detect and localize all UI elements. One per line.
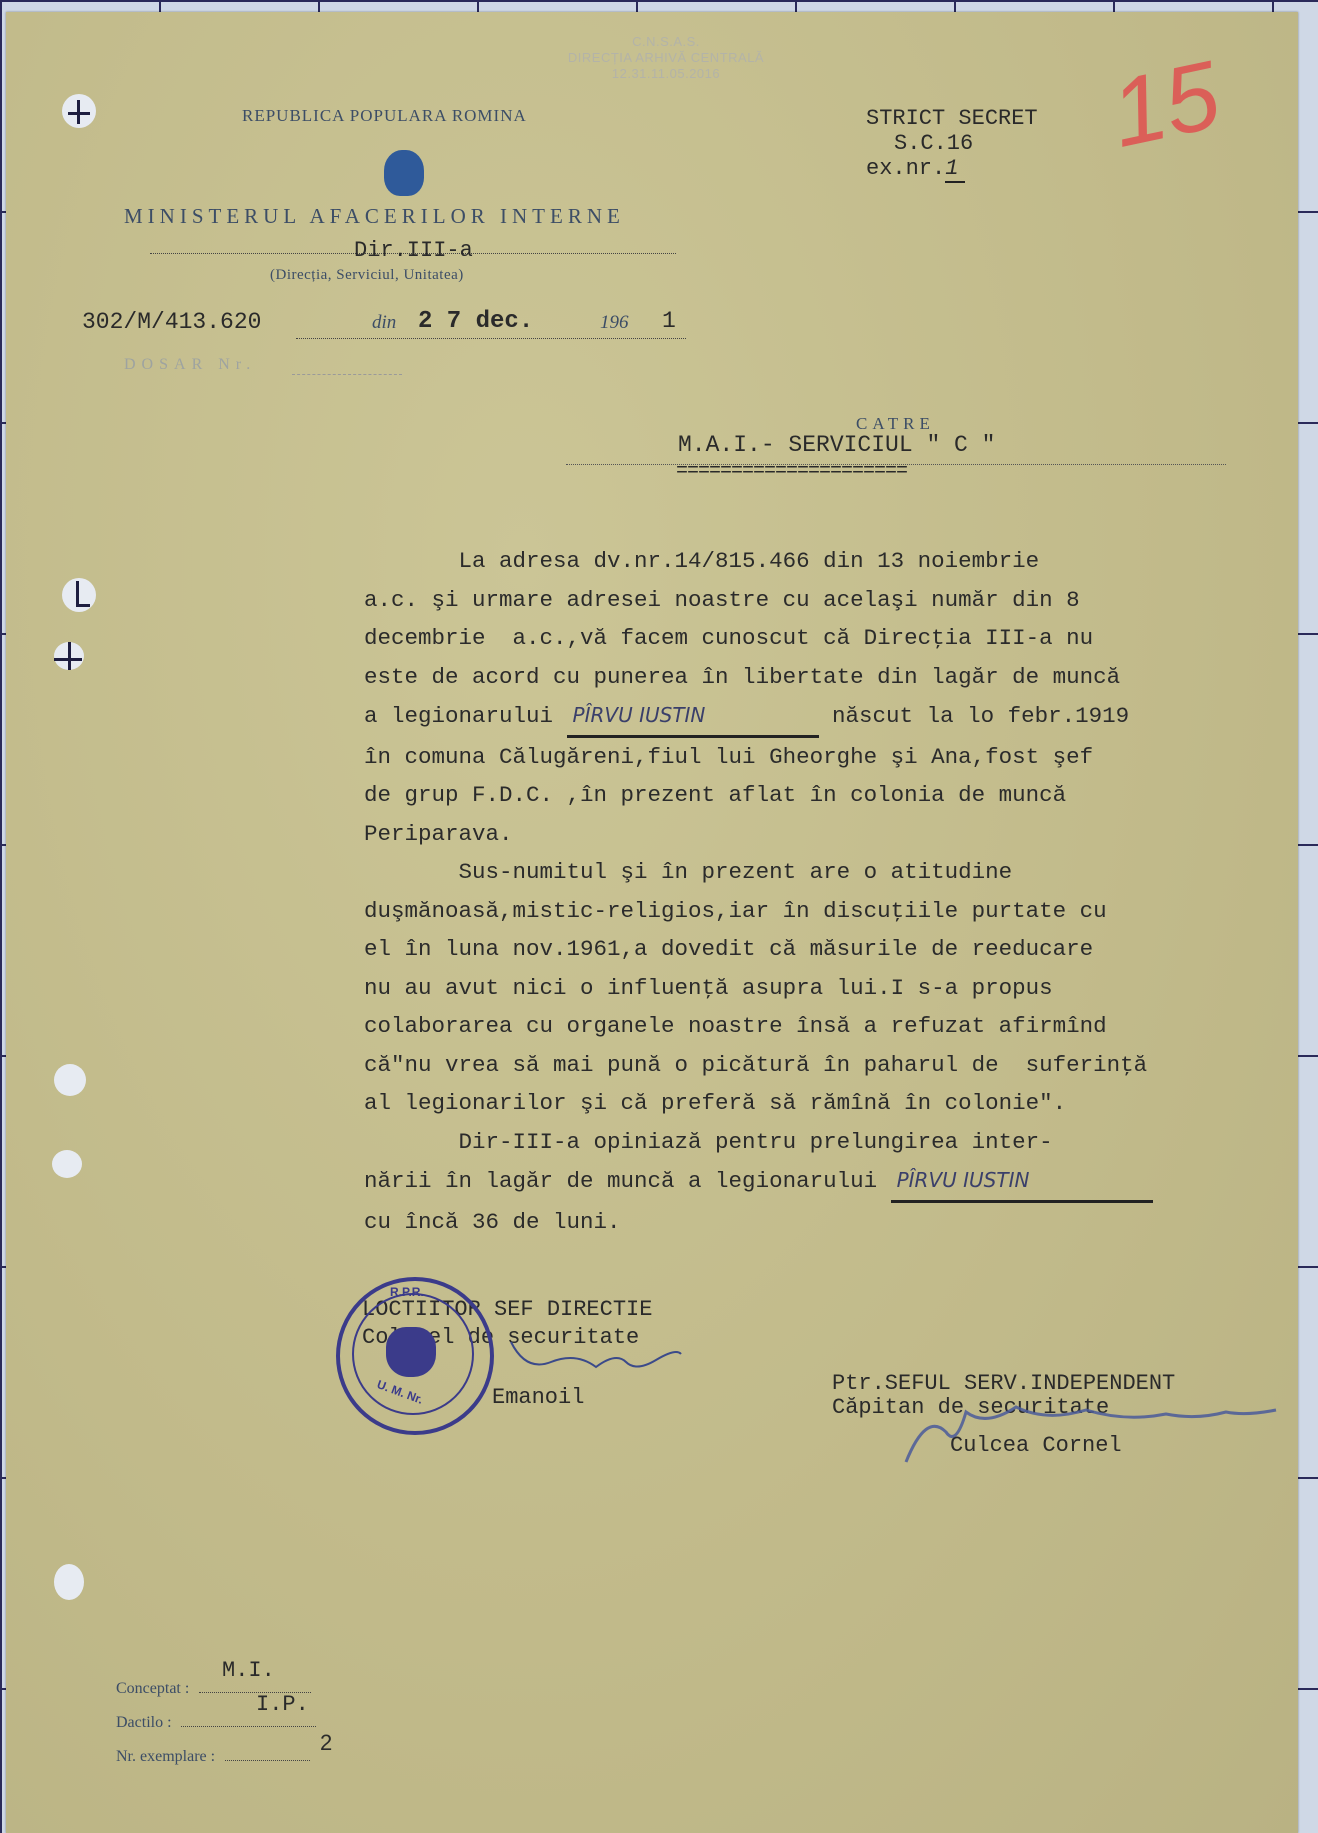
conceptat-value: M.I. xyxy=(222,1654,275,1688)
body-line: în comuna Călugăreni,fiul lui Gheorghe ş… xyxy=(364,738,1314,777)
body-line: Dir-III-a opiniază pentru prelungirea in… xyxy=(364,1123,1314,1162)
dactilo-label: Dactilo : xyxy=(116,1714,172,1731)
dosar-label: DOSAR Nr. xyxy=(124,356,256,374)
exemplare-label: Nr. exemplare : xyxy=(116,1748,215,1765)
punch-hole-cross-icon xyxy=(62,94,96,128)
signature-scribble-right xyxy=(886,1392,1286,1472)
copy-number: 1 xyxy=(945,156,965,183)
handwritten-name: PÎRVU IUSTIN xyxy=(891,1161,1153,1203)
body-line: este de acord cu punerea în libertate di… xyxy=(364,658,1314,697)
body-line: colaborarea cu organele noastre însă a r… xyxy=(364,1007,1314,1046)
body-line: al legionarilor şi că preferă să rămînă … xyxy=(364,1084,1314,1123)
date-day-month: 2 7 dec. xyxy=(418,308,533,335)
body-line: de grup F.D.C. ,în prezent aflat în colo… xyxy=(364,776,1314,815)
body-line: a.c. şi urmare adresei noastre cu acelaş… xyxy=(364,581,1314,620)
body-line: că"nu vrea să mai pună o picătură în pah… xyxy=(364,1046,1314,1085)
watermark-line-2: DIRECȚIA ARHIVĂ CENTRALĂ xyxy=(526,50,806,66)
body-line: La adresa dv.nr.14/815.466 din 13 noiemb… xyxy=(364,542,1314,581)
recipient-name: M.A.I.- SERVICIUL " C " xyxy=(678,432,995,458)
classification-code: S.C.16 xyxy=(866,131,1038,156)
punch-hole xyxy=(54,1564,84,1600)
handwritten-name: PÎRVU IUSTIN xyxy=(567,696,819,738)
footer-dactilo: Dactilo : I.P. xyxy=(116,1706,316,1740)
body-line-with-name: a legionarului PÎRVU IUSTIN născut la lo… xyxy=(364,696,1314,738)
date-year-prefix: 196 xyxy=(600,312,629,334)
recipient-underline: ===================== xyxy=(676,460,907,483)
body-line: Sus-numitul şi în prezent are o atitudin… xyxy=(364,853,1314,892)
dactilo-value: I.P. xyxy=(256,1688,309,1722)
registration-number: 302/M/413.620 xyxy=(82,309,261,335)
stamp-emblem-icon xyxy=(386,1327,436,1377)
footer-exemplare: Nr. exemplare : 2 xyxy=(116,1740,316,1774)
directorate-caption: (Direcția, Serviciul, Unitatea) xyxy=(270,267,464,284)
body-line: nu au avut nici o influenţă asupra lui.I… xyxy=(364,969,1314,1008)
signature-scribble-left xyxy=(506,1332,686,1382)
watermark-line-1: C.N.S.A.S. xyxy=(526,34,806,50)
body-line: decembrie a.c.,vă facem cunoscut că Dire… xyxy=(364,619,1314,658)
body-line-with-name: nării în lagăr de muncă a legionarului P… xyxy=(364,1161,1314,1203)
stamp-top-text: R.P.R. xyxy=(390,1285,424,1299)
conceptat-label: Conceptat : xyxy=(116,1680,189,1697)
body-line: duşmănoasă,mistic-religios,iar în discuţ… xyxy=(364,892,1314,931)
punch-hole-corner-icon xyxy=(62,578,96,612)
classification-level: STRICT SECRET xyxy=(866,106,1038,131)
copy-number-row: ex.nr.1 xyxy=(866,156,1038,183)
ministry-heading: MINISTERUL AFACERILOR INTERNE xyxy=(124,204,625,229)
body-line: Periparava. xyxy=(364,815,1314,854)
folio-number-handwritten: 15 xyxy=(1102,40,1229,170)
date-line xyxy=(296,338,686,339)
date-year-suffix: 1 xyxy=(662,308,676,334)
document-page: C.N.S.A.S. DIRECȚIA ARHIVĂ CENTRALĂ 12.3… xyxy=(6,12,1298,1833)
body-line: el în luna nov.1961,a dovedit că măsuril… xyxy=(364,930,1314,969)
classification-block: STRICT SECRET S.C.16 ex.nr.1 xyxy=(866,106,1038,183)
copy-label: ex.nr. xyxy=(866,156,945,181)
exemplare-value: 2 xyxy=(320,1726,332,1760)
recipient-label: CATRE xyxy=(856,414,935,434)
directorate-value: Dir.III-a xyxy=(354,238,473,263)
watermark-line-3: 12.31.11.05.2016 xyxy=(526,66,806,82)
archive-watermark: C.N.S.A.S. DIRECȚIA ARHIVĂ CENTRALĂ 12.3… xyxy=(526,34,806,82)
dosar-line xyxy=(292,374,402,375)
punch-hole-plus-icon xyxy=(54,642,84,670)
body-line: cu încă 36 de luni. xyxy=(364,1203,1314,1242)
country-heading: REPUBLICA POPULARA ROMINA xyxy=(242,106,527,126)
coat-of-arms-icon xyxy=(384,150,424,196)
punch-hole xyxy=(54,1064,86,1096)
footer-block: Conceptat : M.I. Dactilo : I.P. Nr. exem… xyxy=(116,1672,316,1774)
date-prefix: din xyxy=(372,312,396,334)
official-stamp: R.P.R. U. M. Nr. xyxy=(336,1277,494,1435)
punch-hole xyxy=(52,1150,82,1178)
letter-body: La adresa dv.nr.14/815.466 din 13 noiemb… xyxy=(364,542,1314,1241)
